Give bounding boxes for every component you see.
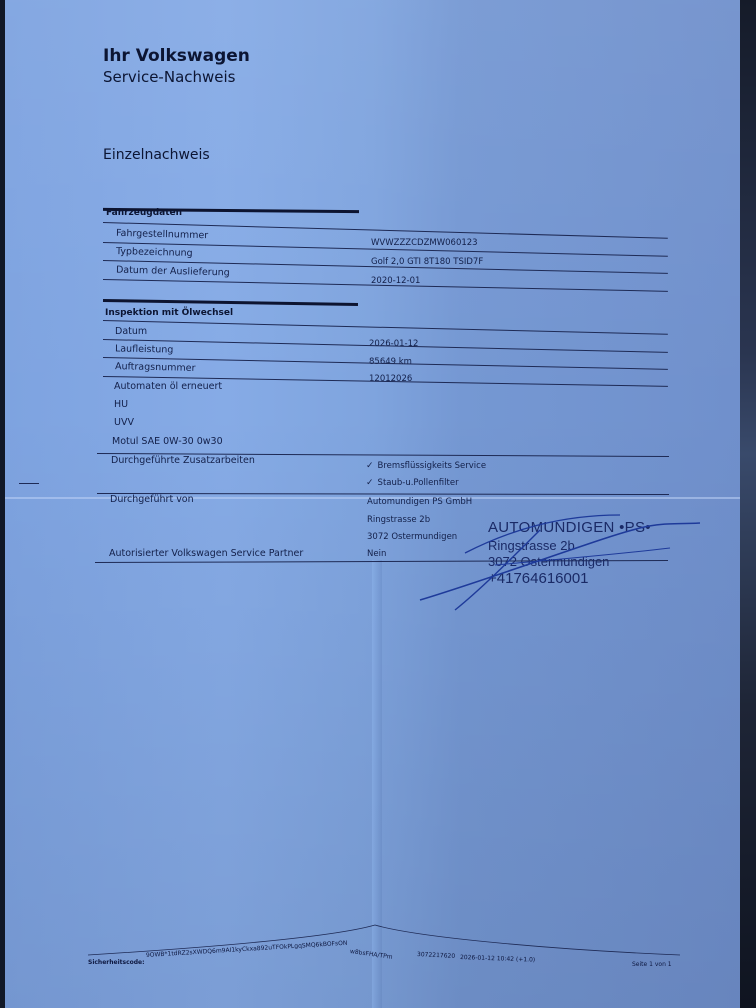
footer-rule bbox=[0, 0, 756, 1008]
security-code-label: Sicherheitscode: bbox=[88, 959, 145, 966]
page-number: Seite 1 von 1 bbox=[632, 961, 672, 968]
service-record-document: Ihr Volkswagen Service-Nachweis Einzelna… bbox=[0, 0, 756, 1008]
